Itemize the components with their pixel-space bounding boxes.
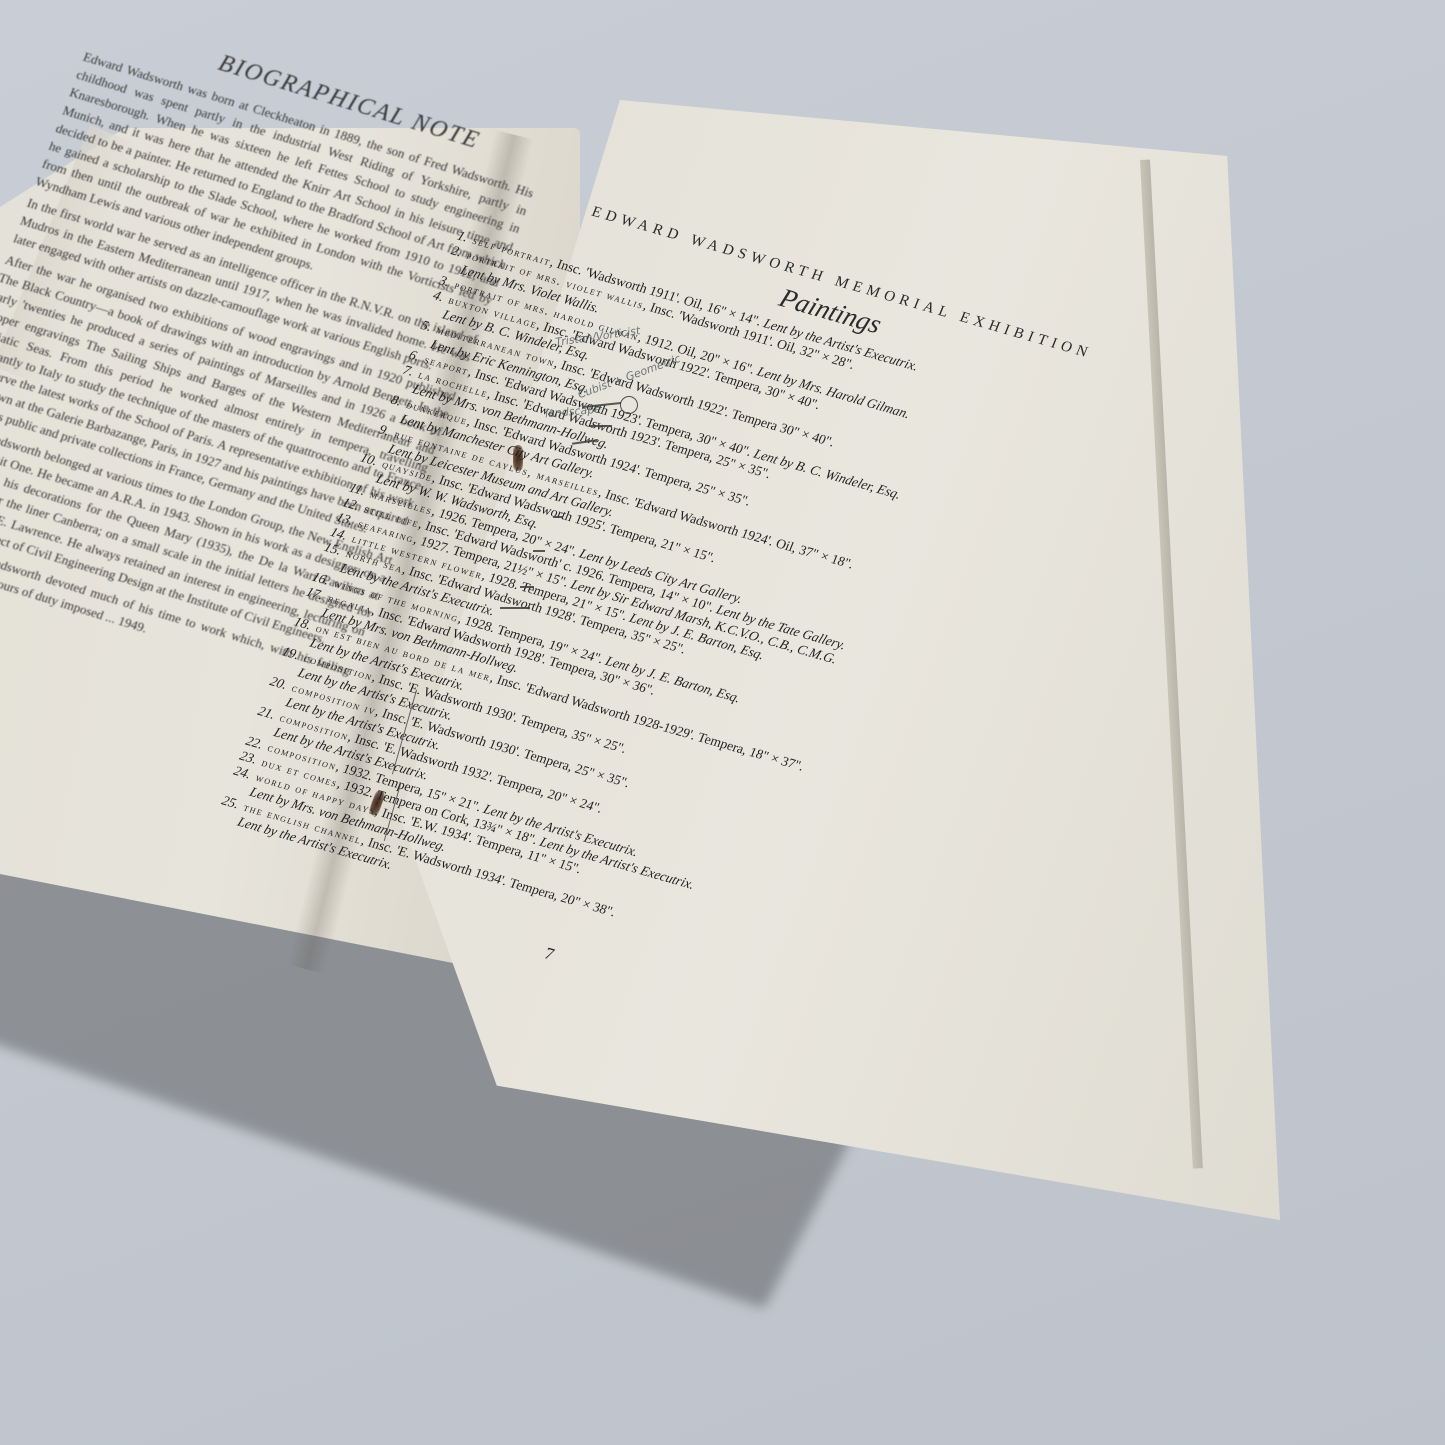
photo-scene: BIOGRAPHICAL NOTE Edward Wadsworth was b… xyxy=(0,0,1445,1445)
pencil-mark-line xyxy=(533,550,545,552)
pencil-mark-line xyxy=(500,607,530,609)
pencil-mark-line xyxy=(590,425,612,427)
pencil-circle-mark xyxy=(620,396,638,414)
pencil-mark-line xyxy=(520,586,534,588)
pencil-mark-line xyxy=(553,516,563,518)
